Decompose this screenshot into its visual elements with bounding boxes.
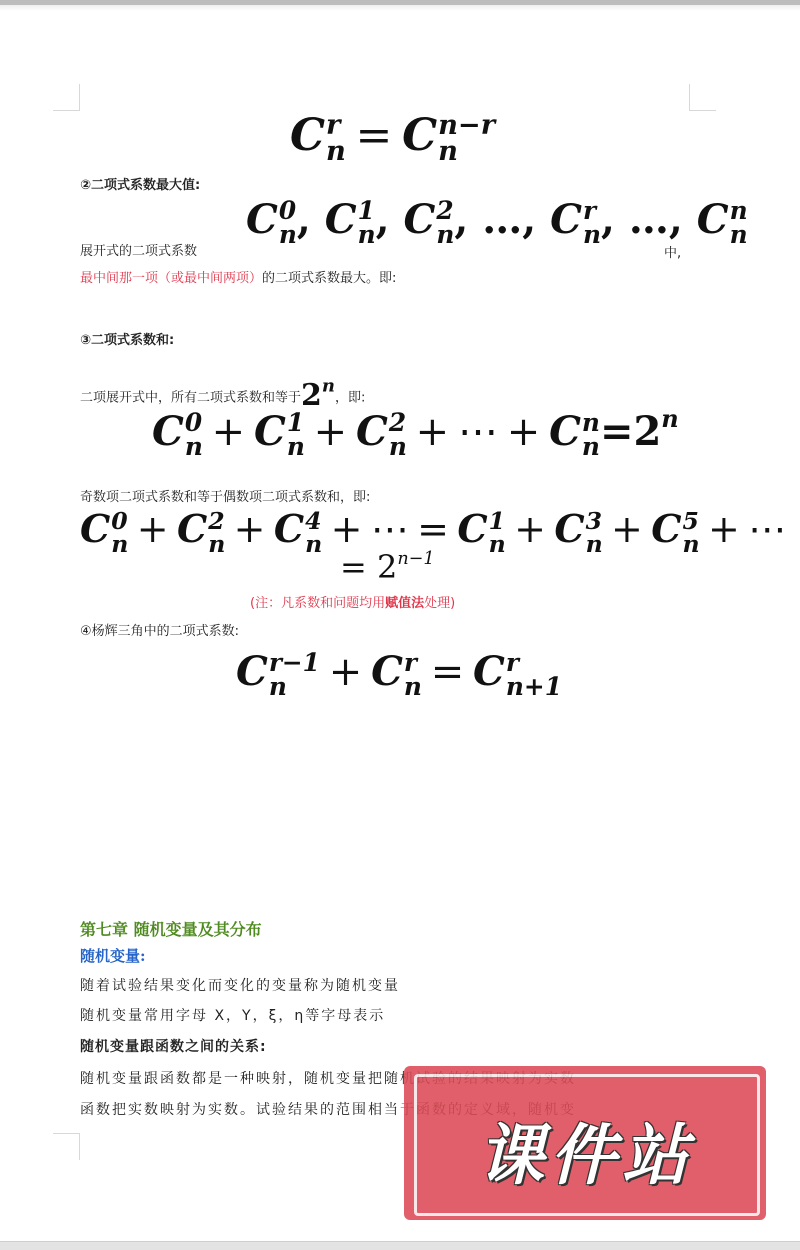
section-heading-sum: ③二项式系数和: [80,329,174,348]
pascal-formula: Cr−1n+Crn=Crn+1 [236,648,562,699]
paragraph-definition: 随着试验结果变化而变化的变量称为随机变量 [80,975,400,995]
odd-even-line: 奇数项二项式系数和等于偶数项二项式系数和，即: [80,486,370,505]
symmetry-formula: Crn=Cn−rn [290,110,495,164]
top-border [0,0,800,5]
sum-formula: C0n+C1n+C2n+⋯+Cnn=2n [152,404,679,459]
chapter-title: 第七章 随机变量及其分布 [80,917,262,940]
section-subtitle-random-variable: 随机变量: [80,945,146,966]
page-corner-mark [689,84,716,111]
section-heading-max: ②二项式系数最大值: [80,174,200,193]
highlight-middle-term: 最中间那一项（或最中间两项） [80,271,262,286]
coefficient-list-formula: C0n, C1n, C2n, …, Crn, …, Cnn [246,196,748,247]
relation-heading: 随机变量跟函数之间的关系: [80,1036,267,1056]
max-line1-suffix: 中, [664,242,681,261]
odd-even-result: = 2n−1 [340,548,435,586]
page-corner-mark [53,1133,80,1160]
max-line1-prefix: 展开式的二项式系数 [80,240,197,259]
bottom-border [0,1241,800,1250]
watermark-text: 课件站 [426,1102,746,1197]
max-line2: 最中间那一项（或最中间两项）的二项式系数最大。即: [80,267,396,286]
note-assignment-method: (注：凡系数和问题均用赋值法处理) [250,592,455,611]
page-corner-mark [53,84,80,111]
paragraph-notation: 随机变量常用字母 X，Y，ξ，η等字母表示 [80,1005,385,1025]
section-heading-pascal: ④杨辉三角中的二项式系数: [80,620,239,639]
